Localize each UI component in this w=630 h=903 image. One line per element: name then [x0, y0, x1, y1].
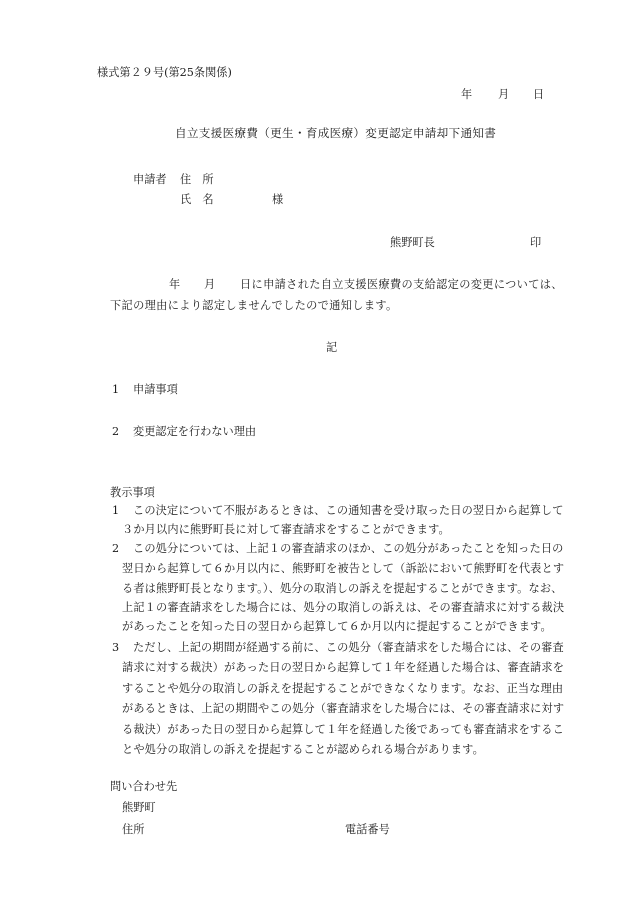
instruction-3-line: することや処分の取消しの訴えを提起することができなくなります。なお、正当な理由 [122, 682, 563, 696]
instruction-2-line: 上記１の審査請求をした場合には、処分の取消しの訴えは、その審査請求に対する裁決 [122, 601, 564, 615]
applicant-name-label: 氏 名 [180, 193, 214, 207]
applicant-address-label: 住 所 [180, 173, 214, 187]
instruction-2-line: この処分については、上記１の審査請求のほか、この処分があったことを知った日の [133, 542, 564, 556]
instruction-3-line: 請求に対する裁決）があった日の翌日から起算して１年を経過した場合は、審査請求を [122, 661, 564, 675]
item-1-label: 申請事項 [133, 383, 178, 397]
body-date-year: 年 [169, 278, 180, 292]
instruction-3-number: 3 [112, 641, 119, 655]
date-year-label: 年 [461, 88, 472, 102]
body-line-2: 下記の理由により認定しませんでしたので通知します。 [110, 299, 398, 313]
item-2-label: 変更認定を行わない理由 [133, 425, 256, 439]
ki-heading: 記 [326, 341, 337, 355]
instruction-1-number: 1 [112, 504, 119, 518]
contact-phone-label: 電話番号 [345, 823, 390, 837]
item-1-number: 1 [112, 383, 119, 397]
form-number: 様式第２９号(第25条関係) [97, 66, 232, 80]
date-month-label: 月 [498, 88, 509, 102]
contact-address-label: 住所 [122, 823, 144, 837]
instruction-3-line: があるときは、上記の期間やこの処分（審査請求をした場合には、その審査請求に対す [122, 702, 564, 716]
applicant-honorific: 様 [272, 193, 283, 207]
body-line-1: 日に申請された自立支援医療費の支給認定の変更については、 [240, 278, 563, 292]
instruction-2-line: があったことを知った日の翌日から起算して６か月以内に提起することができます。 [122, 620, 552, 634]
seal-mark: 印 [530, 236, 541, 250]
document-title: 自立支援医療費（更生・育成医療）変更認定申請却下通知書 [175, 126, 496, 140]
contact-heading: 問い合わせ先 [110, 780, 177, 794]
instruction-2-line: 翌日から起算して６か月以内に、熊野町を被告として（訴訟において熊野町を代表とす [122, 562, 564, 576]
instruction-3-line: る裁決）があった日の翌日から起算して１年を経過した後であっても審査請求をするこ [122, 723, 564, 737]
date-day-label: 日 [533, 88, 544, 102]
instruction-2-number: 2 [112, 542, 119, 556]
applicant-label: 申請者 [133, 173, 167, 187]
contact-org: 熊野町 [122, 801, 156, 815]
instruction-2-line: る者は熊野町長となります。）、処分の取消しの訴えを提起することができます。なお、 [122, 582, 563, 596]
item-2-number: 2 [112, 425, 119, 439]
instruction-3-line: とや処分の取消しの訴えを提起することが認められる場合があります。 [122, 743, 484, 757]
instruction-3-line: ただし、上記の期間が経過する前に、この処分（審査請求をした場合には、その審査 [133, 641, 564, 655]
body-date-month: 月 [204, 278, 215, 292]
instruction-1-line: ３か月以内に熊野町長に対して審査請求をすることができます。 [122, 523, 450, 537]
instructions-heading: 教示事項 [110, 486, 155, 500]
issuer-name: 熊野町長 [390, 236, 435, 250]
instruction-1-line: この決定について不服があるときは、この通知書を受け取った日の翌日から起算して [133, 504, 564, 518]
